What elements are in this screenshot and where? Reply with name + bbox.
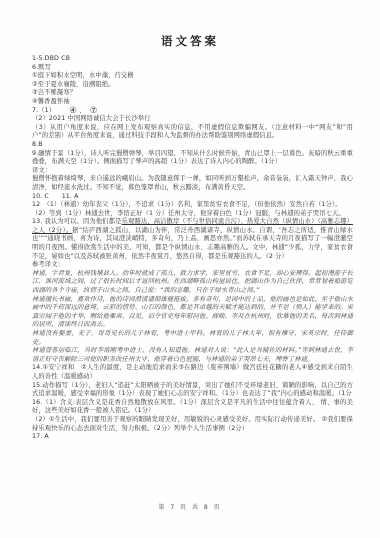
answer-q13-rest: 据“结庐西湖之孤山，以湖山为伴，常泛舟西湖诸寺，纵情山水。自谓，‘吾志之所适，惟… xyxy=(32,227,353,260)
answer-q7-1-label: 7.（1） xyxy=(32,107,55,114)
reference-translation-para-4: 林逋曾客居临江，当时李谘刚考中进士，没有人知道他。林逋对人说：“此人是当辅佐的材… xyxy=(32,347,353,364)
reference-translation-label: 参考译文： xyxy=(32,261,353,270)
answer-sheet-page: 语文答案 1-5.DBD CB 6.默写 ①庭下如积水空明，水中藻、荇交横 ②至… xyxy=(0,0,380,538)
answer-q7-3: （3）从用户角度来说，应在网上发布观察真实的信息，不用虚假信息欺骗网友。（注意材… xyxy=(32,124,353,141)
answer-q13: 13. 我认为可以。因为他们都是乐观豁达、高洁傲岸（不与世俗同流合污）、热爱大自… xyxy=(32,218,353,261)
answer-q15: 15.动作描写（1分），老妇人“追赶”太阳晒被子的美好情景，突出了她们不受环境老… xyxy=(32,382,353,399)
reference-translation-para-1: 林逋，字君复，杭州钱塘县人。幼年时就成了孤儿，致力求学，家里贫穷，衣食不足，却心… xyxy=(32,270,353,296)
answer-choices-1-5: 1-5.DBD CB xyxy=(32,55,353,64)
answer-q12-1: 12 （1）（林逋）幼年丧父（1分），不追求（1分）名利，家里贫穷衣食不足，（但… xyxy=(32,201,353,210)
answer-q6-item-2: ②至于夏水襄陵，沿溯阻绝。 xyxy=(32,81,353,90)
answers-content: 1-5.DBD CB 6.默写 ①庭下如积水空明，水中藻、荇交横 ②至于夏水襄陵… xyxy=(32,55,353,442)
page-number: 第 7 页 共 8 页 xyxy=(0,502,380,511)
page-title: 语文答案 xyxy=(0,0,380,49)
answer-q17: 17. A xyxy=(32,433,353,442)
answer-q9: 9.融情于景（1分），诗人听完蜀僧弹琴，举目四望，不知从什么时候开始，青山已罩上… xyxy=(32,150,353,167)
translation-poem: 蜀僧怀抱着绿绮琴，来自遥远的峨眉山。为我随意挥手一弹，如同听到万壑松声，余音袅袅… xyxy=(32,175,353,192)
answer-q6-item-1: ①庭下如积水空明，水中藻、荇交横 xyxy=(32,72,353,81)
answer-q14: 14.①安宁祥和 ②人生的温度，是主动地追求而来③在路边（废弃围墙）做宫廷桂花糖… xyxy=(32,364,353,381)
answer-q7-2: （2）2021 中国网络诚信大会于长沙举行 xyxy=(32,115,353,124)
answer-q16-2: （2）①生活中，我们要用善于观察的眼睛发现美好，用敏锐的心灵感受美好。用实际行动… xyxy=(32,416,353,433)
reference-translation-para-2: 林逋擅长书画，喜欢作诗，他的诗词澄清通彻雄健挺拔，多有奇句，是词中的上品，他的画… xyxy=(32,296,353,330)
answer-q6-item-4: ④馨香盈怀袖 xyxy=(32,98,353,107)
answer-q7-1-separator: 、 xyxy=(79,107,85,114)
answer-q6-heading: 6.默写 xyxy=(32,64,353,73)
answer-q16-1: 16.（1）含义:表层含义是花香自然地散放在风里。（1分）深层含义是平凡的生活中… xyxy=(32,399,353,416)
answer-q10-q11: 10. C 11. A xyxy=(32,193,353,202)
answer-q6-item-3: ③岂不罹凝寒？ xyxy=(32,89,353,98)
answer-q12-2: （2）等到（1分）林逋去世，李谘正好（1 分）任州太守，他穿着白色（1分）冠服，… xyxy=(32,210,353,219)
answer-q7-1: 7.（1） ④ 、 ⑦ xyxy=(32,107,353,116)
answer-q8: 8.B xyxy=(32,141,353,150)
reference-translation-para-3: 林逋没有娶妻，无子，哥哥兄长的儿子林宥，考中进士甲科。林宥的儿子林大年，很有操守… xyxy=(32,330,353,347)
answer-q13-lead: 13. 我认为可以。因为他们都是 xyxy=(32,218,122,225)
